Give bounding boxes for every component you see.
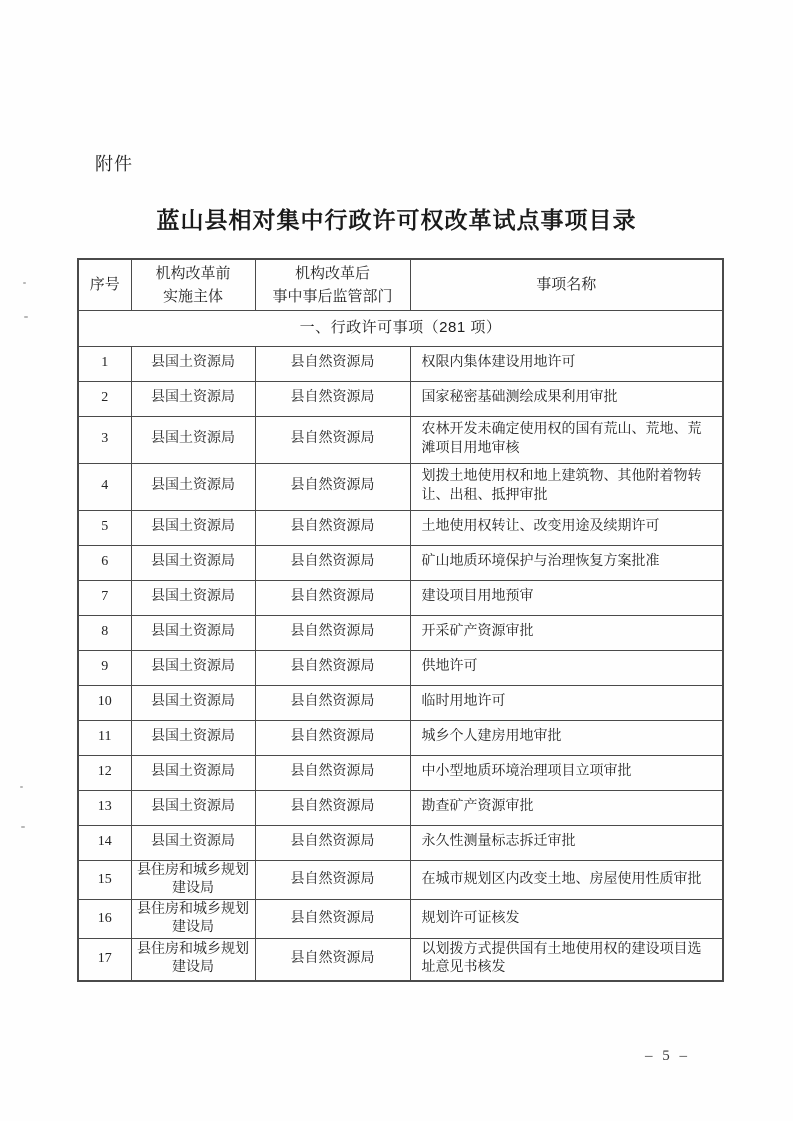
table-row: 10 县国土资源局 县自然资源局 临时用地许可: [78, 685, 723, 720]
items-table: 序号 机构改革前 实施主体 机构改革后 事中事后监管部门 事项名称 一、行政许可…: [77, 258, 724, 982]
item-name-cell: 临时用地许可: [410, 685, 723, 720]
row-number-cell: 1: [78, 346, 131, 381]
pre-reform-agency-cell: 县国土资源局: [131, 580, 255, 615]
table-row: 17 县住房和城乡规划建设局 县自然资源局 以划拨方式提供国有土地使用权的建设项…: [78, 939, 723, 981]
pre-reform-agency-cell: 县国土资源局: [131, 685, 255, 720]
pre-reform-agency-cell: 县国土资源局: [131, 615, 255, 650]
item-name-cell: 权限内集体建设用地许可: [410, 346, 723, 381]
row-number-cell: 4: [78, 463, 131, 510]
pre-reform-agency-cell: 县国土资源局: [131, 463, 255, 510]
table-row: 4 县国土资源局 县自然资源局 划拨土地使用权和地上建筑物、其他附着物转让、出租…: [78, 463, 723, 510]
item-name-cell: 供地许可: [410, 650, 723, 685]
row-number-cell: 17: [78, 939, 131, 981]
pre-reform-agency-cell: 县国土资源局: [131, 381, 255, 416]
table-row: 11 县国土资源局 县自然资源局 城乡个人建房用地审批: [78, 720, 723, 755]
document-page: 附件 蓝山县相对集中行政许可权改革试点事项目录 序号 机构改革前 实施主体 机构…: [0, 0, 793, 1121]
post-reform-agency-cell: 县自然资源局: [255, 346, 410, 381]
table-row: 15 县住房和城乡规划建设局 县自然资源局 在城市规划区内改变土地、房屋使用性质…: [78, 860, 723, 899]
item-name-cell: 中小型地质环境治理项目立项审批: [410, 755, 723, 790]
row-number-cell: 3: [78, 416, 131, 463]
table-row: 14 县国土资源局 县自然资源局 永久性测量标志拆迁审批: [78, 825, 723, 860]
post-reform-agency-cell: 县自然资源局: [255, 580, 410, 615]
pre-reform-agency-cell: 县国土资源局: [131, 545, 255, 580]
pre-reform-agency-cell: 县国土资源局: [131, 650, 255, 685]
pre-reform-agency-cell: 县住房和城乡规划建设局: [131, 860, 255, 899]
item-name-cell: 土地使用权转让、改变用途及续期许可: [410, 510, 723, 545]
post-reform-agency-cell: 县自然资源局: [255, 790, 410, 825]
row-number-cell: 13: [78, 790, 131, 825]
scan-speck: [23, 282, 26, 284]
row-number-cell: 15: [78, 860, 131, 899]
row-number-cell: 10: [78, 685, 131, 720]
table-row: 3 县国土资源局 县自然资源局 农林开发未确定使用权的国有荒山、荒地、荒滩项目用…: [78, 416, 723, 463]
post-reform-agency-cell: 县自然资源局: [255, 510, 410, 545]
post-reform-agency-cell: 县自然资源局: [255, 685, 410, 720]
item-name-cell: 规划许可证核发: [410, 899, 723, 938]
table-row: 12 县国土资源局 县自然资源局 中小型地质环境治理项目立项审批: [78, 755, 723, 790]
column-header-post-reform-supervisor: 机构改革后 事中事后监管部门: [255, 259, 410, 310]
post-reform-agency-cell: 县自然资源局: [255, 720, 410, 755]
row-number-cell: 2: [78, 381, 131, 416]
row-number-cell: 6: [78, 545, 131, 580]
column-header-number: 序号: [78, 259, 131, 310]
post-reform-agency-cell: 县自然资源局: [255, 463, 410, 510]
pre-reform-agency-cell: 县住房和城乡规划建设局: [131, 939, 255, 981]
attachment-label: 附件: [95, 150, 133, 176]
post-reform-agency-cell: 县自然资源局: [255, 416, 410, 463]
scan-speck: [20, 786, 23, 788]
row-number-cell: 12: [78, 755, 131, 790]
column-header-pre-reform-agency: 机构改革前 实施主体: [131, 259, 255, 310]
post-reform-agency-cell: 县自然资源局: [255, 615, 410, 650]
row-number-cell: 14: [78, 825, 131, 860]
pre-reform-agency-cell: 县住房和城乡规划建设局: [131, 899, 255, 938]
post-reform-agency-cell: 县自然资源局: [255, 825, 410, 860]
row-number-cell: 11: [78, 720, 131, 755]
table-row: 2 县国土资源局 县自然资源局 国家秘密基础测绘成果利用审批: [78, 381, 723, 416]
item-name-cell: 以划拨方式提供国有土地使用权的建设项目选址意见书核发: [410, 939, 723, 981]
pre-reform-agency-cell: 县国土资源局: [131, 346, 255, 381]
row-number-cell: 9: [78, 650, 131, 685]
item-name-cell: 矿山地质环境保护与治理恢复方案批准: [410, 545, 723, 580]
pre-reform-agency-cell: 县国土资源局: [131, 720, 255, 755]
pre-reform-agency-cell: 县国土资源局: [131, 825, 255, 860]
page-number: – 5 –: [590, 1048, 745, 1065]
table-row: 9 县国土资源局 县自然资源局 供地许可: [78, 650, 723, 685]
item-name-cell: 勘查矿产资源审批: [410, 790, 723, 825]
section-header-row: 一、行政许可事项（281 项）: [78, 310, 723, 346]
post-reform-agency-cell: 县自然资源局: [255, 939, 410, 981]
item-name-cell: 在城市规划区内改变土地、房屋使用性质审批: [410, 860, 723, 899]
pre-reform-agency-cell: 县国土资源局: [131, 790, 255, 825]
pre-reform-agency-cell: 县国土资源局: [131, 510, 255, 545]
item-name-cell: 划拨土地使用权和地上建筑物、其他附着物转让、出租、抵押审批: [410, 463, 723, 510]
row-number-cell: 8: [78, 615, 131, 650]
item-name-cell: 开采矿产资源审批: [410, 615, 723, 650]
post-reform-agency-cell: 县自然资源局: [255, 650, 410, 685]
table-row: 6 县国土资源局 县自然资源局 矿山地质环境保护与治理恢复方案批准: [78, 545, 723, 580]
column-header-item-name: 事项名称: [410, 259, 723, 310]
post-reform-agency-cell: 县自然资源局: [255, 860, 410, 899]
table-row: 5 县国土资源局 县自然资源局 土地使用权转让、改变用途及续期许可: [78, 510, 723, 545]
table-row: 1 县国土资源局 县自然资源局 权限内集体建设用地许可: [78, 346, 723, 381]
table-row: 16 县住房和城乡规划建设局 县自然资源局 规划许可证核发: [78, 899, 723, 938]
item-name-cell: 国家秘密基础测绘成果利用审批: [410, 381, 723, 416]
table-row: 13 县国土资源局 县自然资源局 勘查矿产资源审批: [78, 790, 723, 825]
row-number-cell: 5: [78, 510, 131, 545]
table-header-row: 序号 机构改革前 实施主体 机构改革后 事中事后监管部门 事项名称: [78, 259, 723, 310]
post-reform-agency-cell: 县自然资源局: [255, 899, 410, 938]
scan-speck: [24, 316, 28, 318]
item-name-cell: 城乡个人建房用地审批: [410, 720, 723, 755]
table-row: 8 县国土资源局 县自然资源局 开采矿产资源审批: [78, 615, 723, 650]
pre-reform-agency-cell: 县国土资源局: [131, 416, 255, 463]
item-name-cell: 建设项目用地预审: [410, 580, 723, 615]
post-reform-agency-cell: 县自然资源局: [255, 545, 410, 580]
post-reform-agency-cell: 县自然资源局: [255, 755, 410, 790]
item-name-cell: 农林开发未确定使用权的国有荒山、荒地、荒滩项目用地审核: [410, 416, 723, 463]
pre-reform-agency-cell: 县国土资源局: [131, 755, 255, 790]
section-header-label: 一、行政许可事项（281 项）: [78, 310, 723, 346]
row-number-cell: 7: [78, 580, 131, 615]
scan-speck: [21, 826, 25, 828]
page-title: 蓝山县相对集中行政许可权改革试点事项目录: [0, 202, 793, 235]
table-body: 1 县国土资源局 县自然资源局 权限内集体建设用地许可 2 县国土资源局 县自然…: [78, 346, 723, 981]
item-name-cell: 永久性测量标志拆迁审批: [410, 825, 723, 860]
post-reform-agency-cell: 县自然资源局: [255, 381, 410, 416]
row-number-cell: 16: [78, 899, 131, 938]
table-row: 7 县国土资源局 县自然资源局 建设项目用地预审: [78, 580, 723, 615]
